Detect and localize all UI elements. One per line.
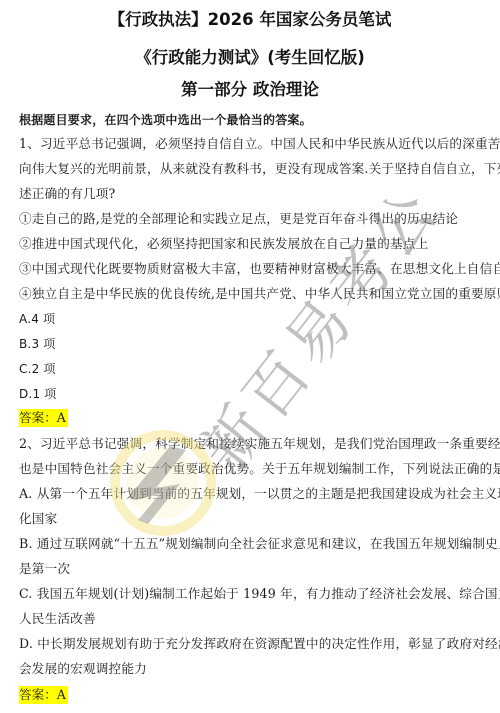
question-2-option-d-cont: 会发展的宏观调控能力 [19,661,147,677]
question-1-statement: ②推进中国式现代化，必须坚持把国家和民族发展放在自己力量的基点上 [19,236,428,252]
question-2-option-d: D. 中长期发展规划有助于充分发挥政府在资源配置中的决定性作用，彰显了政府对经济… [19,636,500,652]
question-2-option-c-cont: 人民生活改善 [19,611,96,627]
question-2-option-c: C. 我国五年规划(计划)编制工作起始于 1949 年，有力推动了经济社会发展、… [19,586,500,602]
question-2-answer-highlight: 答案：A [19,686,68,704]
question-2-option-a: A. 从第一个五年计划到当前的五年规划，一以贯之的主题是把我国建设成为社会主义现… [19,486,500,502]
question-1-option-b: B.3 项 [19,336,56,352]
question-2-text-line: 2、习近平总书记强调，科学制定和接续实施五年规划，是我们党治国理政一条重要经验， [19,436,500,452]
question-2-option-a-cont: 化国家 [19,511,57,527]
section-title: 第一部分 政治理论 [0,76,500,100]
question-1-option-c: C.2 项 [19,361,56,377]
question-1-text-line: 述正确的有几项? [19,186,116,202]
question-1-answer-highlight: 答案：A [19,409,68,427]
question-1-text-line: 1、习近平总书记强调，必须坚持自信自立。中国人民和中华民族从近代以后的深重苦难走 [19,136,500,152]
question-2-option-b: B. 通过互联网就“十五五”规划编制向全社会征求意见和建议，在我国五年规划编制史… [19,536,500,552]
question-1-statement: ①走自己的路,是党的全部理论和实践立足点，更是党百年奋斗得出的历史结论 [19,211,458,227]
question-1-text-line: 向伟大复兴的光明前景，从来就没有教科书，更没有现成答案.关于坚持自信自立，下列表 [19,161,500,177]
question-1-statement: ④独立自主是中华民族的优良传统,是中国共产党、中华人民共和国立党立国的重要原则 [19,286,500,302]
document-subtitle: 《行政能力测试》(考生回忆版) [0,44,500,68]
document-title: 【行政执法】2026 年国家公务员笔试 [0,6,500,30]
question-1-option-a: A.4 项 [19,311,55,327]
document-page: 【行政执法】2026 年国家公务员笔试 《行政能力测试》(考生回忆版) 第一部分… [0,0,500,713]
instruction-text: 根据题目要求，在四个选项中选出一个最恰当的答案。 [19,112,312,128]
question-2-text-line: 也是中国特色社会主义一个重要政治优势。关于五年规划编制工作，下列说法正确的是: [19,461,500,477]
question-2-option-b-cont: 是第一次 [19,561,70,577]
question-1-option-d: D.1 项 [19,386,57,402]
question-1-statement: ③中国式现代化既要物质财富极大丰富，也要精神财富极大丰富、在思想文化上自信自强 [19,261,500,277]
